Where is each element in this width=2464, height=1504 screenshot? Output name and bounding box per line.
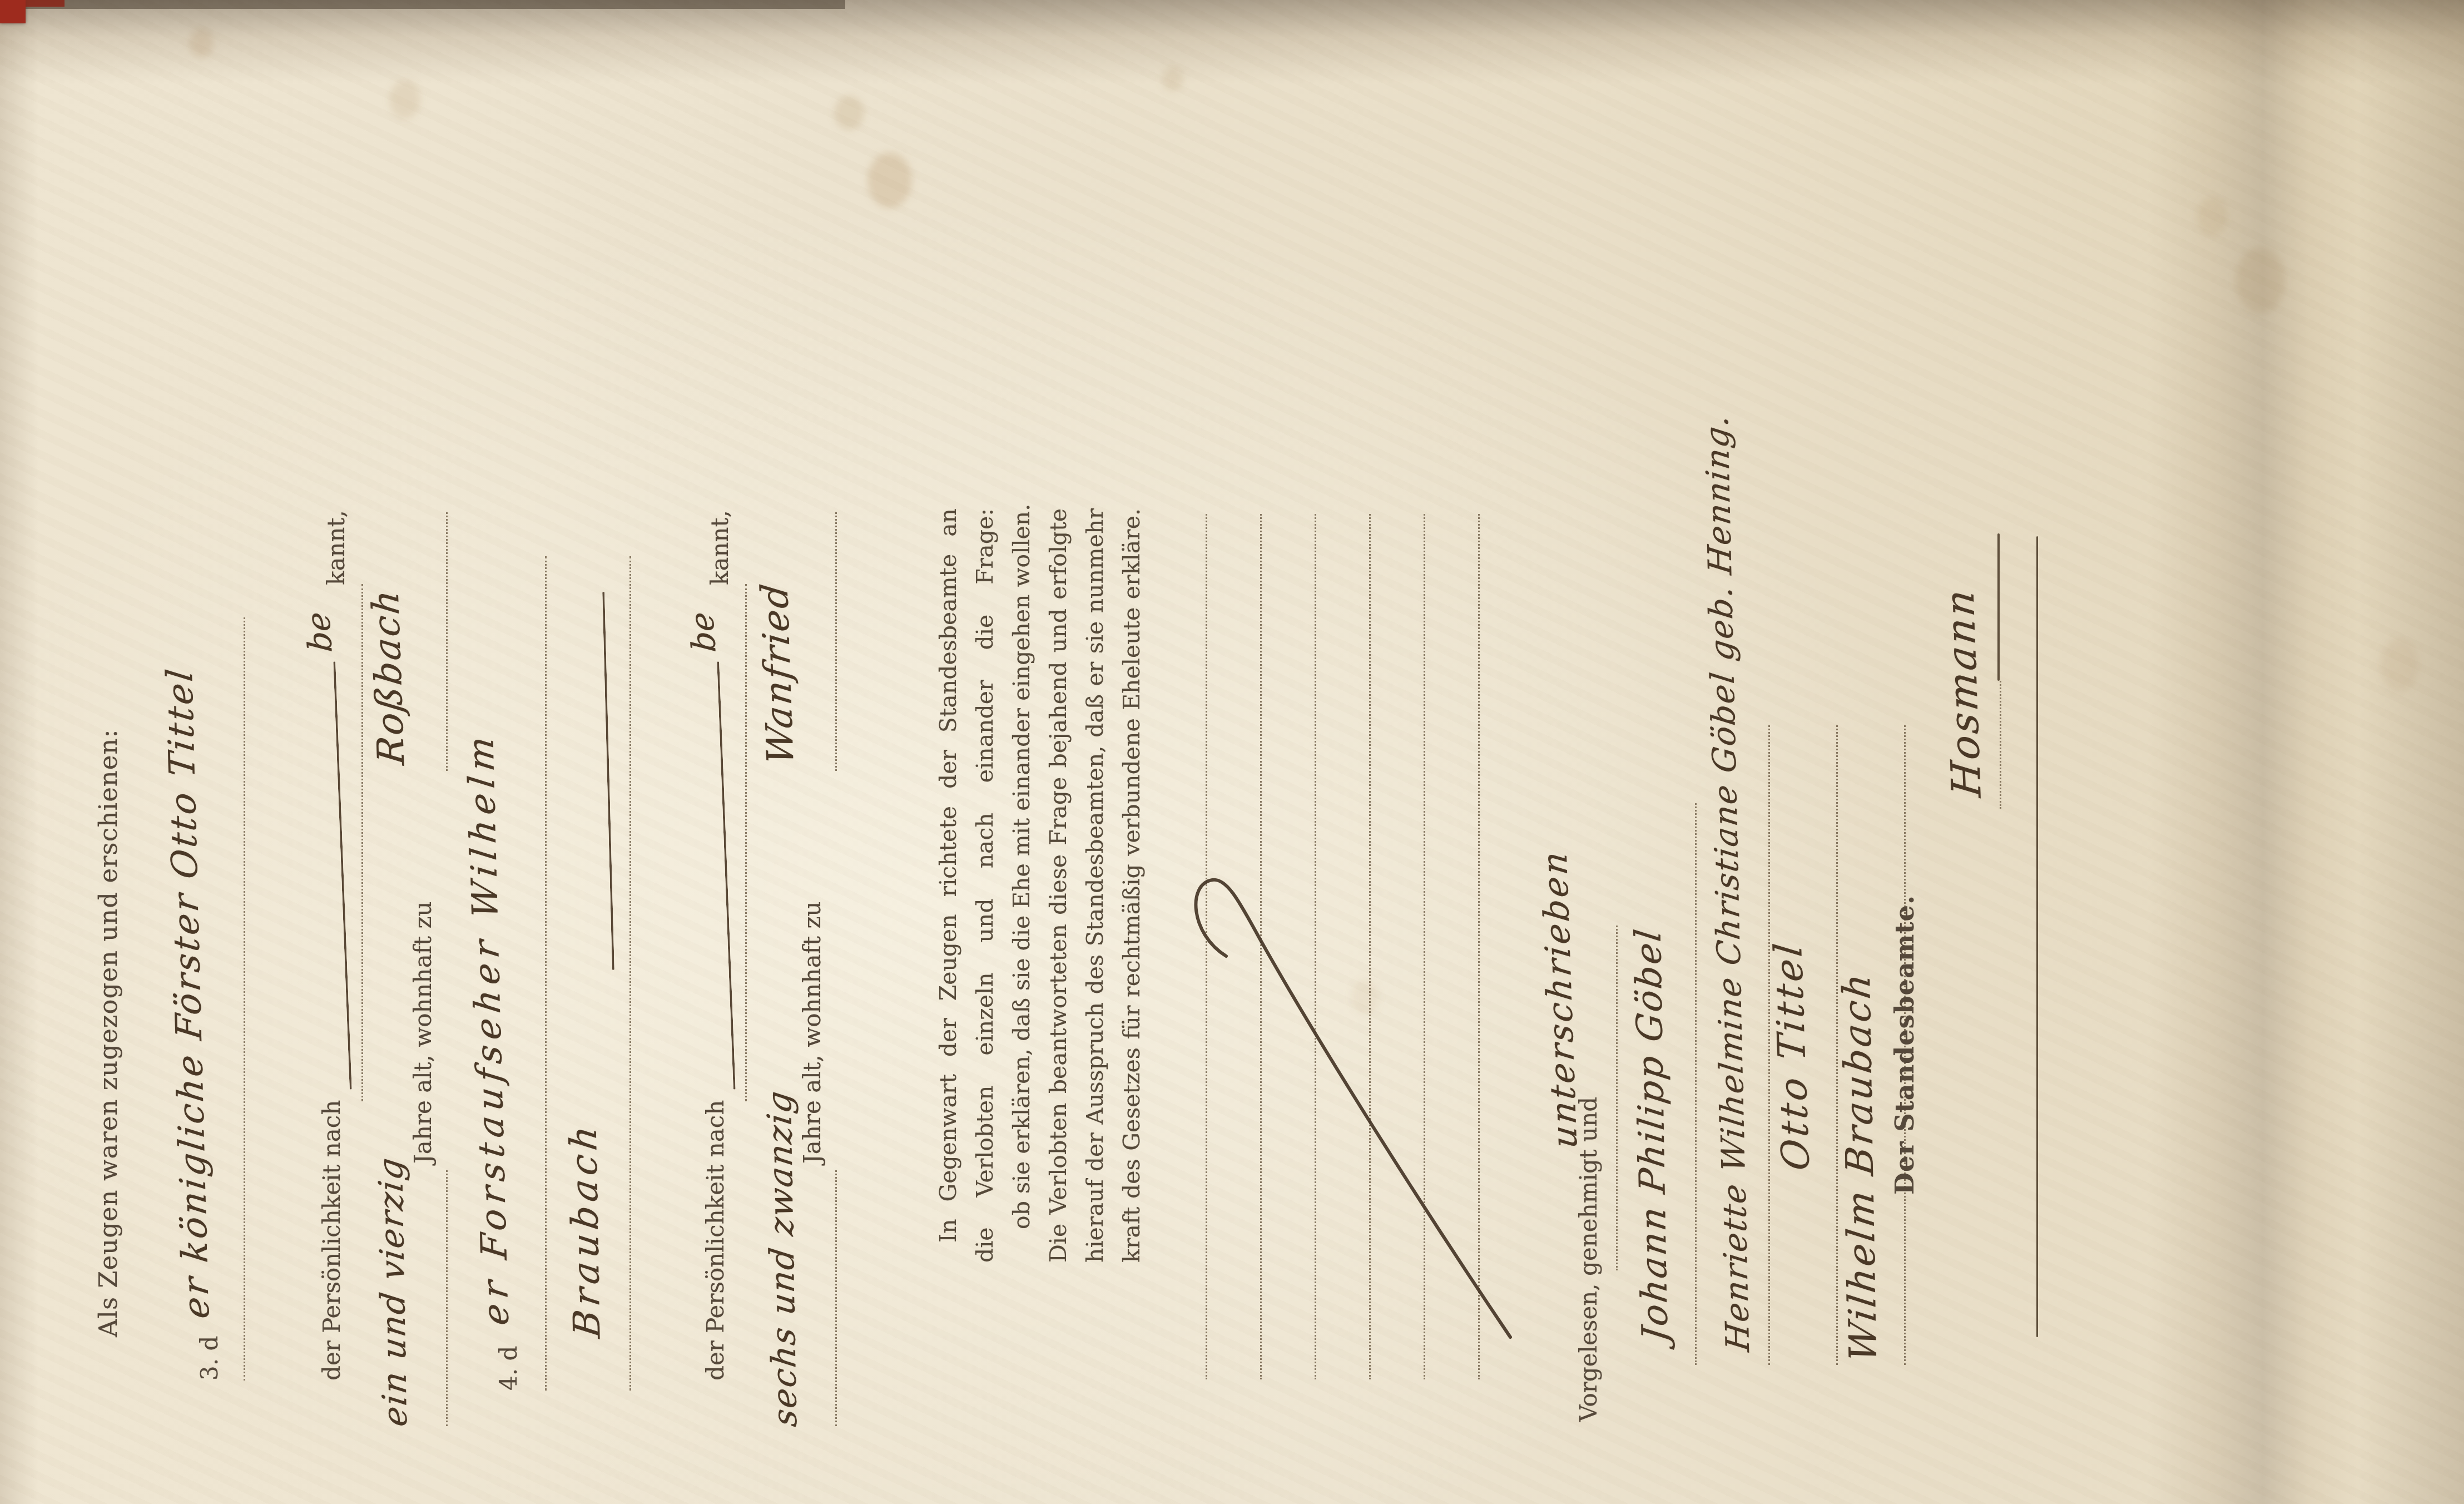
signature-witness1: Otto Tittel	[1767, 939, 1819, 1172]
closing-rule	[1616, 926, 1618, 1270]
registrar-signature-rule-short	[1997, 533, 2000, 681]
registrar-bottom-rule	[2036, 536, 2038, 1337]
signature-witness2: Wilhelm Braubach	[1835, 969, 1886, 1364]
registrar-title: Der Standesbeamte.	[1890, 895, 1920, 1195]
scanned-register-page: Als Zeugen waren zugezogen und erschiene…	[0, 0, 2464, 1504]
signature-groom-rule	[1695, 803, 1697, 1365]
signature-groom: Johann Philipp Göbel	[1628, 926, 1676, 1344]
registrar-signature: Hosmann	[1936, 586, 1990, 799]
void-cancellation-stroke	[0, 0, 2464, 1504]
registrar-signature-rule-dotted	[2000, 681, 2001, 809]
paper-sheet: Als Zeugen waren zugezogen und erschiene…	[0, 0, 2464, 1504]
